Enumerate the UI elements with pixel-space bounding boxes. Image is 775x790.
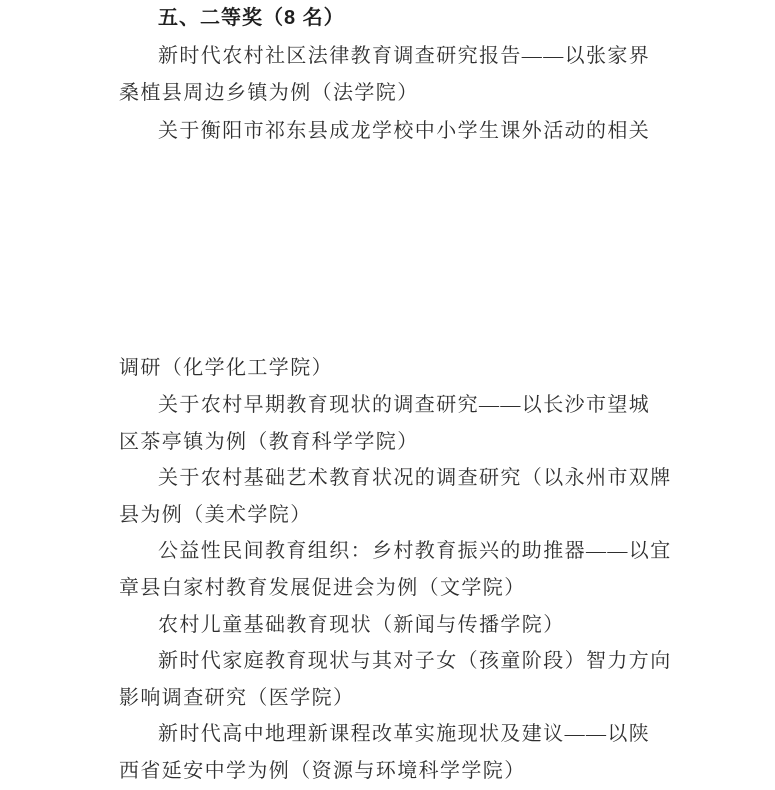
award-entry-line: 影响调查研究（医学院） bbox=[119, 680, 685, 717]
award-entry-line: 关于农村早期教育现状的调查研究——以长沙市望城 bbox=[119, 387, 685, 424]
award-entry-line: 新时代农村社区法律教育调查研究报告——以张家界 bbox=[119, 38, 685, 76]
section-heading: 五、二等奖（8 名） bbox=[119, 0, 685, 38]
award-entry-line: 新时代高中地理新课程改革实施现状及建议——以陕 bbox=[119, 716, 685, 753]
text-block-before-page-break: 五、二等奖（8 名） 新时代农村社区法律教育调查研究报告——以张家界 桑植县周边… bbox=[0, 0, 775, 150]
award-entry-line: 公益性民间教育组织：乡村教育振兴的助推器——以宜 bbox=[119, 533, 685, 570]
document-page: 五、二等奖（8 名） 新时代农村社区法律教育调查研究报告——以张家界 桑植县周边… bbox=[0, 0, 775, 790]
award-entry-line: 桑植县周边乡镇为例（法学院） bbox=[119, 75, 685, 113]
award-entry-line: 西省延安中学为例（资源与环境科学学院） bbox=[119, 753, 685, 790]
award-entry-line: 关于衡阳市祁东县成龙学校中小学生课外活动的相关 bbox=[119, 113, 685, 151]
award-entry-line: 调研（化学化工学院） bbox=[119, 350, 685, 387]
award-entry-line: 新时代家庭教育现状与其对子女（孩童阶段）智力方向 bbox=[119, 643, 685, 680]
text-block-after-page-break: 调研（化学化工学院） 关于农村早期教育现状的调查研究——以长沙市望城 区茶亭镇为… bbox=[0, 350, 775, 789]
award-entry-line: 县为例（美术学院） bbox=[119, 497, 685, 534]
award-entry-line: 农村儿童基础教育现状（新闻与传播学院） bbox=[119, 607, 685, 644]
page-break-gap bbox=[0, 150, 775, 350]
award-entry-line: 区茶亭镇为例（教育科学学院） bbox=[119, 424, 685, 461]
award-entry-line: 章县白家村教育发展促进会为例（文学院） bbox=[119, 570, 685, 607]
award-entry-line: 关于农村基础艺术教育状况的调查研究（以永州市双牌 bbox=[119, 460, 685, 497]
